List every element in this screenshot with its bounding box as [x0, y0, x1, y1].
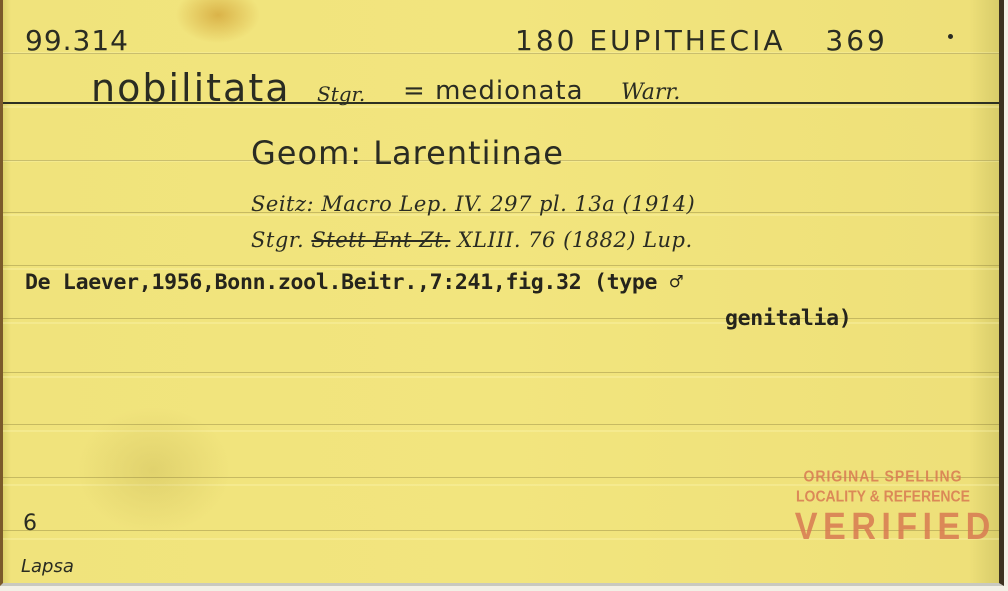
reference-citation: XLIII. 76 (1882) Lup. — [458, 228, 693, 252]
ink-dot — [948, 34, 953, 39]
handwritten-reference: Seitz: Macro Lep. IV. 297 pl. 13a (1914) — [251, 192, 695, 216]
genus-name: EUPITHECIA — [589, 24, 785, 57]
reference-author: Stgr. — [251, 228, 304, 252]
verified-stamp: ORIGINAL SPELLING LOCALITY & REFERENCE V… — [785, 468, 981, 549]
genus-header: 180 EUPITHECIA 369 — [515, 24, 888, 57]
typed-reference-line-2: genitalia) — [725, 306, 851, 331]
corner-symbol: 6 — [23, 512, 37, 536]
stamp-line-3: VERIFIED — [795, 506, 971, 549]
catalog-number: 99.314 — [25, 24, 129, 57]
ruled-line — [3, 424, 999, 425]
species-author: Stgr. — [317, 82, 365, 106]
synonym-name: medionata — [435, 76, 584, 106]
handwritten-reference: Stgr. Stett Ent Zt. XLIII. 76 (1882) Lup… — [251, 228, 693, 252]
page-number: 369 — [825, 24, 887, 57]
genus-number: 180 — [515, 24, 577, 57]
struck-out-text: Stett Ent Zt. — [311, 228, 450, 252]
typed-reference-line-1: De Laever,1956,Bonn.zool.Beitr.,7:241,fi… — [25, 270, 683, 295]
stamp-line-2: LOCALITY & REFERENCE — [785, 487, 981, 505]
corner-locality: Lapsa — [21, 556, 74, 577]
synonym-author: Warr. — [621, 80, 680, 105]
species-name: nobilitata — [91, 66, 291, 110]
ruled-line — [3, 372, 999, 373]
synonym: = medionata — [403, 76, 584, 106]
stamp-line-1: ORIGINAL SPELLING — [785, 467, 981, 485]
ruled-line — [3, 265, 999, 266]
subfamily: Geom: Larentiinae — [251, 134, 564, 172]
synonym-prefix: = — [403, 76, 426, 106]
index-card: 99.314 180 EUPITHECIA 369 nobilitata Stg… — [0, 0, 1004, 586]
